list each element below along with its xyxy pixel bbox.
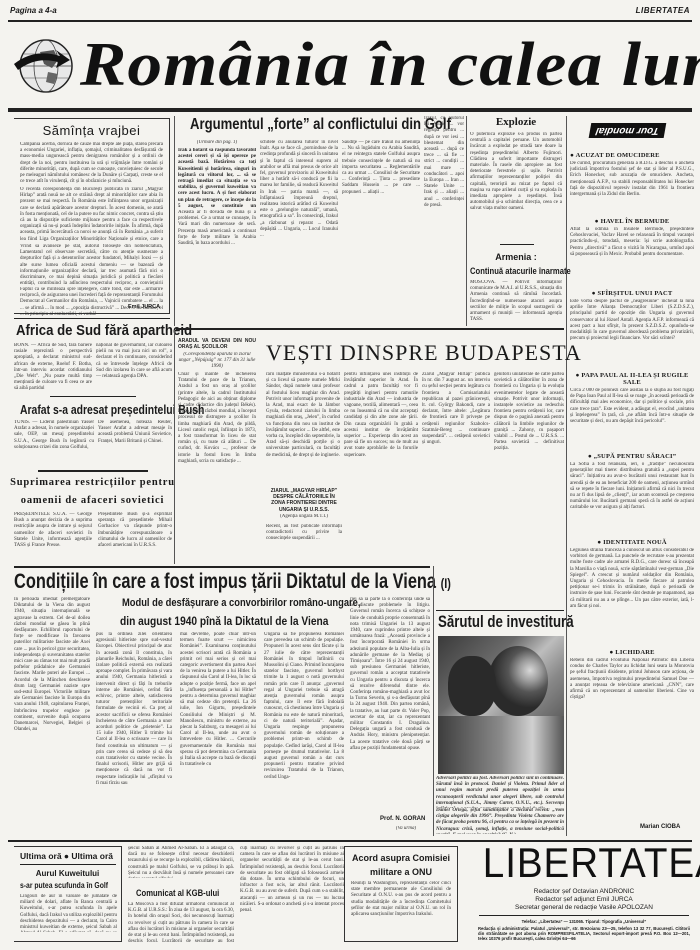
article-body: național de guvernămînt, iar culoarea pi… [96,343,172,391]
article-title: Comunicat al KGB-ului [136,888,219,898]
news-photo [438,636,564,774]
divider [14,318,170,319]
item-title: ● „SUPĂ PENTRU SĂRACI” [570,453,694,460]
logo-text: Tour mondial [589,123,667,138]
article-body: Irakul, cu ajutorul lui Afiak, ... vor r… [424,116,464,326]
article-title: Armenia : [470,252,562,262]
item-body: Aflat la odihnă în Insulele Bermude, pre… [570,227,694,287]
signature: Marian CIOBA [640,824,680,830]
article-title: Aurul Kuweitului [14,869,121,878]
signature: Emil JURCA [128,304,160,310]
article-body: mai devreme, poate chiar într-un termen … [180,632,256,832]
article-body: riei să ia parte la o conferință unde să… [350,597,430,815]
item-title: ● PAPA PAUL AL II-LEA ȘI RUGILE SALE [570,372,694,386]
article-title: oamenii de afaceri sovietici [10,495,175,506]
article-body: șeicul Sabah al Ahmed Al-Sabah. El a adă… [128,846,234,878]
top-rule [8,20,692,22]
item-title: ● ACUZAT DE OMUCIDERE [570,152,694,159]
divider [38,470,148,472]
article-title: VEȘTI DINSPRE BUDAPESTA [266,340,582,366]
article-body: Recent, au fost publicate informații con… [266,524,342,560]
article-subtitle: Modul de desfășurare a convorbirilor rom… [122,597,360,609]
divider [500,244,534,245]
section-header: Ultima oră ● Ultima oră [20,851,121,861]
article-body: Chiar și înainte de încheierea Tratatulu… [178,372,256,562]
article-body: Saudiţe — pe care Irakul nu amenință ...… [342,140,420,326]
divider [479,915,689,916]
paper-name-top: LIBERTATEA [636,6,690,15]
article-body: Ziarul „Magyar Hirlap” publică în nr. di… [422,372,490,564]
sidebar-subhead: (Corespondență apărută în ziarul ungar „… [178,352,256,370]
article-title: Condițiile în care a fost impus țării Di… [14,570,451,594]
list-item: ● SFÎRȘITUL UNUI PACT Este vorba despre … [570,290,694,369]
article-body: Reuniți la Washington, reprezentanții ce… [351,881,451,933]
article-title: militare a ONU [345,867,457,877]
article-body: pus la ordinea zilei orientarea agresiun… [96,632,172,832]
article-title: Acord asupra Comisiei [345,853,457,863]
banner-title: România în calea lumii [80,30,700,100]
article-title: s-ar putea scufunda în Golf [20,881,106,890]
list-item: ● „SUPĂ PENTRU SĂRACI” La Sofia a fost r… [570,453,694,536]
editor-in-chief: Redactor șef Octavian ANDRONIC [474,888,694,895]
continued-note: (Urmare din pag. 1) [178,140,256,146]
signature: Prof. N. GORAN [380,816,425,822]
banner-rule [8,108,692,112]
item-body: La Sofia a fost relansată, ieri, o „trad… [570,462,694,536]
item-body: Circa 2 000 de polonezi care asistau la … [570,388,694,450]
masthead: LIBERTATEA Redactor șef Octavian ANDRONI… [474,840,694,950]
boxed-subhead: (Agenția ungară M.T.I.) [266,514,342,520]
ultima-ora-box: Ultima oră ● Ultima oră Aurul Kuweitului… [14,846,122,942]
divider [20,864,116,865]
divider [436,610,564,611]
divider [176,328,564,330]
article-subtitle: Continuă atacurile înarmate [470,266,571,276]
item-title: ● LICHIDARE [570,649,694,656]
globe-icon [14,34,76,98]
article-body: La Moscova a fost difuzat următorul comu… [128,902,234,942]
column-divider [566,116,567,836]
article-body: Președintele Bush și-a exprimat speranța… [98,512,172,562]
column-divider [174,330,175,564]
column-divider [433,566,434,836]
secretary: Secretar general de redacție Vasile APOL… [474,904,694,911]
photo-subject [488,646,548,716]
article-samanta-box: Sămînța vrajbei Campania acerbă, dornică… [14,118,170,314]
item-body: Este vorba despre pactul de „neagresiune… [570,299,694,369]
mondial-list: ● ACUZAT DE OMUCIDERE De curînd, procura… [570,152,694,734]
item-title: ● SFÎRȘITUL UNUI PACT [570,290,694,297]
item-body: Rebelii din cadrul Frontului Național Pa… [570,658,694,734]
tour-mondial-logo: Tour mondial [590,120,680,148]
article-body: Aceasta ar fi dovada de bună și a proble… [178,210,256,324]
article-body: MOSCOVA. — Potrivit informațiilor comuni… [470,280,562,324]
column-divider [174,116,175,326]
article-body: TUNIS. — Liderul palestinian Yasser Araf… [14,420,94,458]
article-title: Sămînța vrajbei [14,123,169,138]
photo-caption: Adversari politici au fost. Adversari po… [436,776,564,808]
article-body: BONN. — Africa de Sud, fără bariere rasi… [14,343,92,391]
article-body: O puternică explozie s-a produs în parte… [470,132,562,236]
article-body: pentru înființarea unei instituții de în… [344,372,418,564]
article-title: Suprimarea restricțiilor pentru [10,477,175,488]
list-item: ● PAPA PAUL AL II-LEA ȘI RUGILE SALE Cir… [570,372,694,450]
article-body: genitorii unilaterale de către partea so… [494,372,564,572]
photo-caption: Daniel Ortega, șeful sandiniștilor a dec… [436,808,564,834]
article-body: Vrînd să avanseze pe stat, autorul folos… [20,244,163,286]
article-body: Faptul că se militează spre înțelegere, … [20,287,163,317]
imprint-line: Telefax: „Libertatea” — 131065. Tiparul:… [474,919,694,924]
article-title: Argumentul „forte” al conflictului din G… [190,116,451,134]
article-title: Explozie [470,116,562,128]
list-item: ● LICHIDARE Rebelii din cadrul Frontului… [570,649,694,734]
onu-box: Acord asupra Comisiei militare a ONU Reu… [344,846,458,942]
section-banner: România în calea lumii [10,28,690,106]
article-title: Sărutul de investitură [438,612,574,632]
list-item: ● IDENTITATE NOUĂ Legiunea străină franc… [570,539,694,646]
article-body: Campania acerbă, dornică de cauze mai dr… [20,142,163,186]
article-body: cuți înarmați cu revolver și cuțit au pă… [240,846,344,942]
article-title: Africa de Sud fără apartheid [16,322,192,339]
imprint-line: Redacția și administrația: Palatul „Univ… [478,926,690,941]
continued-note: (Va urma) [396,826,416,832]
article-body: În perioada imediat premergătoare Diktat… [14,597,90,833]
article-body: O recentă corespondență din București pu… [20,187,163,243]
article-title: Arafat s-a adresat președintelui Bush [20,402,204,417]
article-body: Irak a hotărît să răspundă favorabil ace… [178,148,256,208]
photo-subject [448,656,496,716]
page-number: Pagina a 4-a [10,6,57,15]
deputy-editor: Redactor șef adjunct Emil JURCA [474,896,694,903]
boxed-headline: ZIARUL „MAGYAR HIRLAP” DESPRE CĂLĂTORIIL… [266,488,342,514]
article-body: Lingouri de aur în valoare de jumătate d… [20,894,117,932]
divider [50,396,136,397]
article-body: De asemenea, notează Reuter, Yasser Araf… [98,420,172,458]
masthead-name: LIBERTATEA [483,840,685,886]
divider [14,566,430,568]
item-body: Legiunea străină franceză a cunoscut un … [570,548,694,646]
list-item: ● ACUZAT DE OMUCIDERE De curînd, procura… [570,152,694,215]
item-title: ● HAVEL ÎN BERMUDE [570,218,694,225]
photo-detail [438,716,564,774]
column-divider [466,116,467,326]
article-body: PREȘEDINTELE S.U.A. — George Bush a anun… [14,512,92,562]
item-title: ● IDENTITATE NOUĂ [570,539,694,546]
article-subtitle: din august 1940 pînă la Diktatul de la V… [120,614,328,628]
article-body: Ungaria să fie propunerea României care … [264,632,344,832]
article-body: rarii înalțate ministerului s-a hotărît … [266,372,340,482]
item-body: De curînd, procuratura generală a R.D.G.… [570,161,694,215]
list-item: ● HAVEL ÎN BERMUDE Aflat la odihnă în In… [570,218,694,287]
article-body: schitele cu anularea tuturor în nivel în… [260,140,338,326]
